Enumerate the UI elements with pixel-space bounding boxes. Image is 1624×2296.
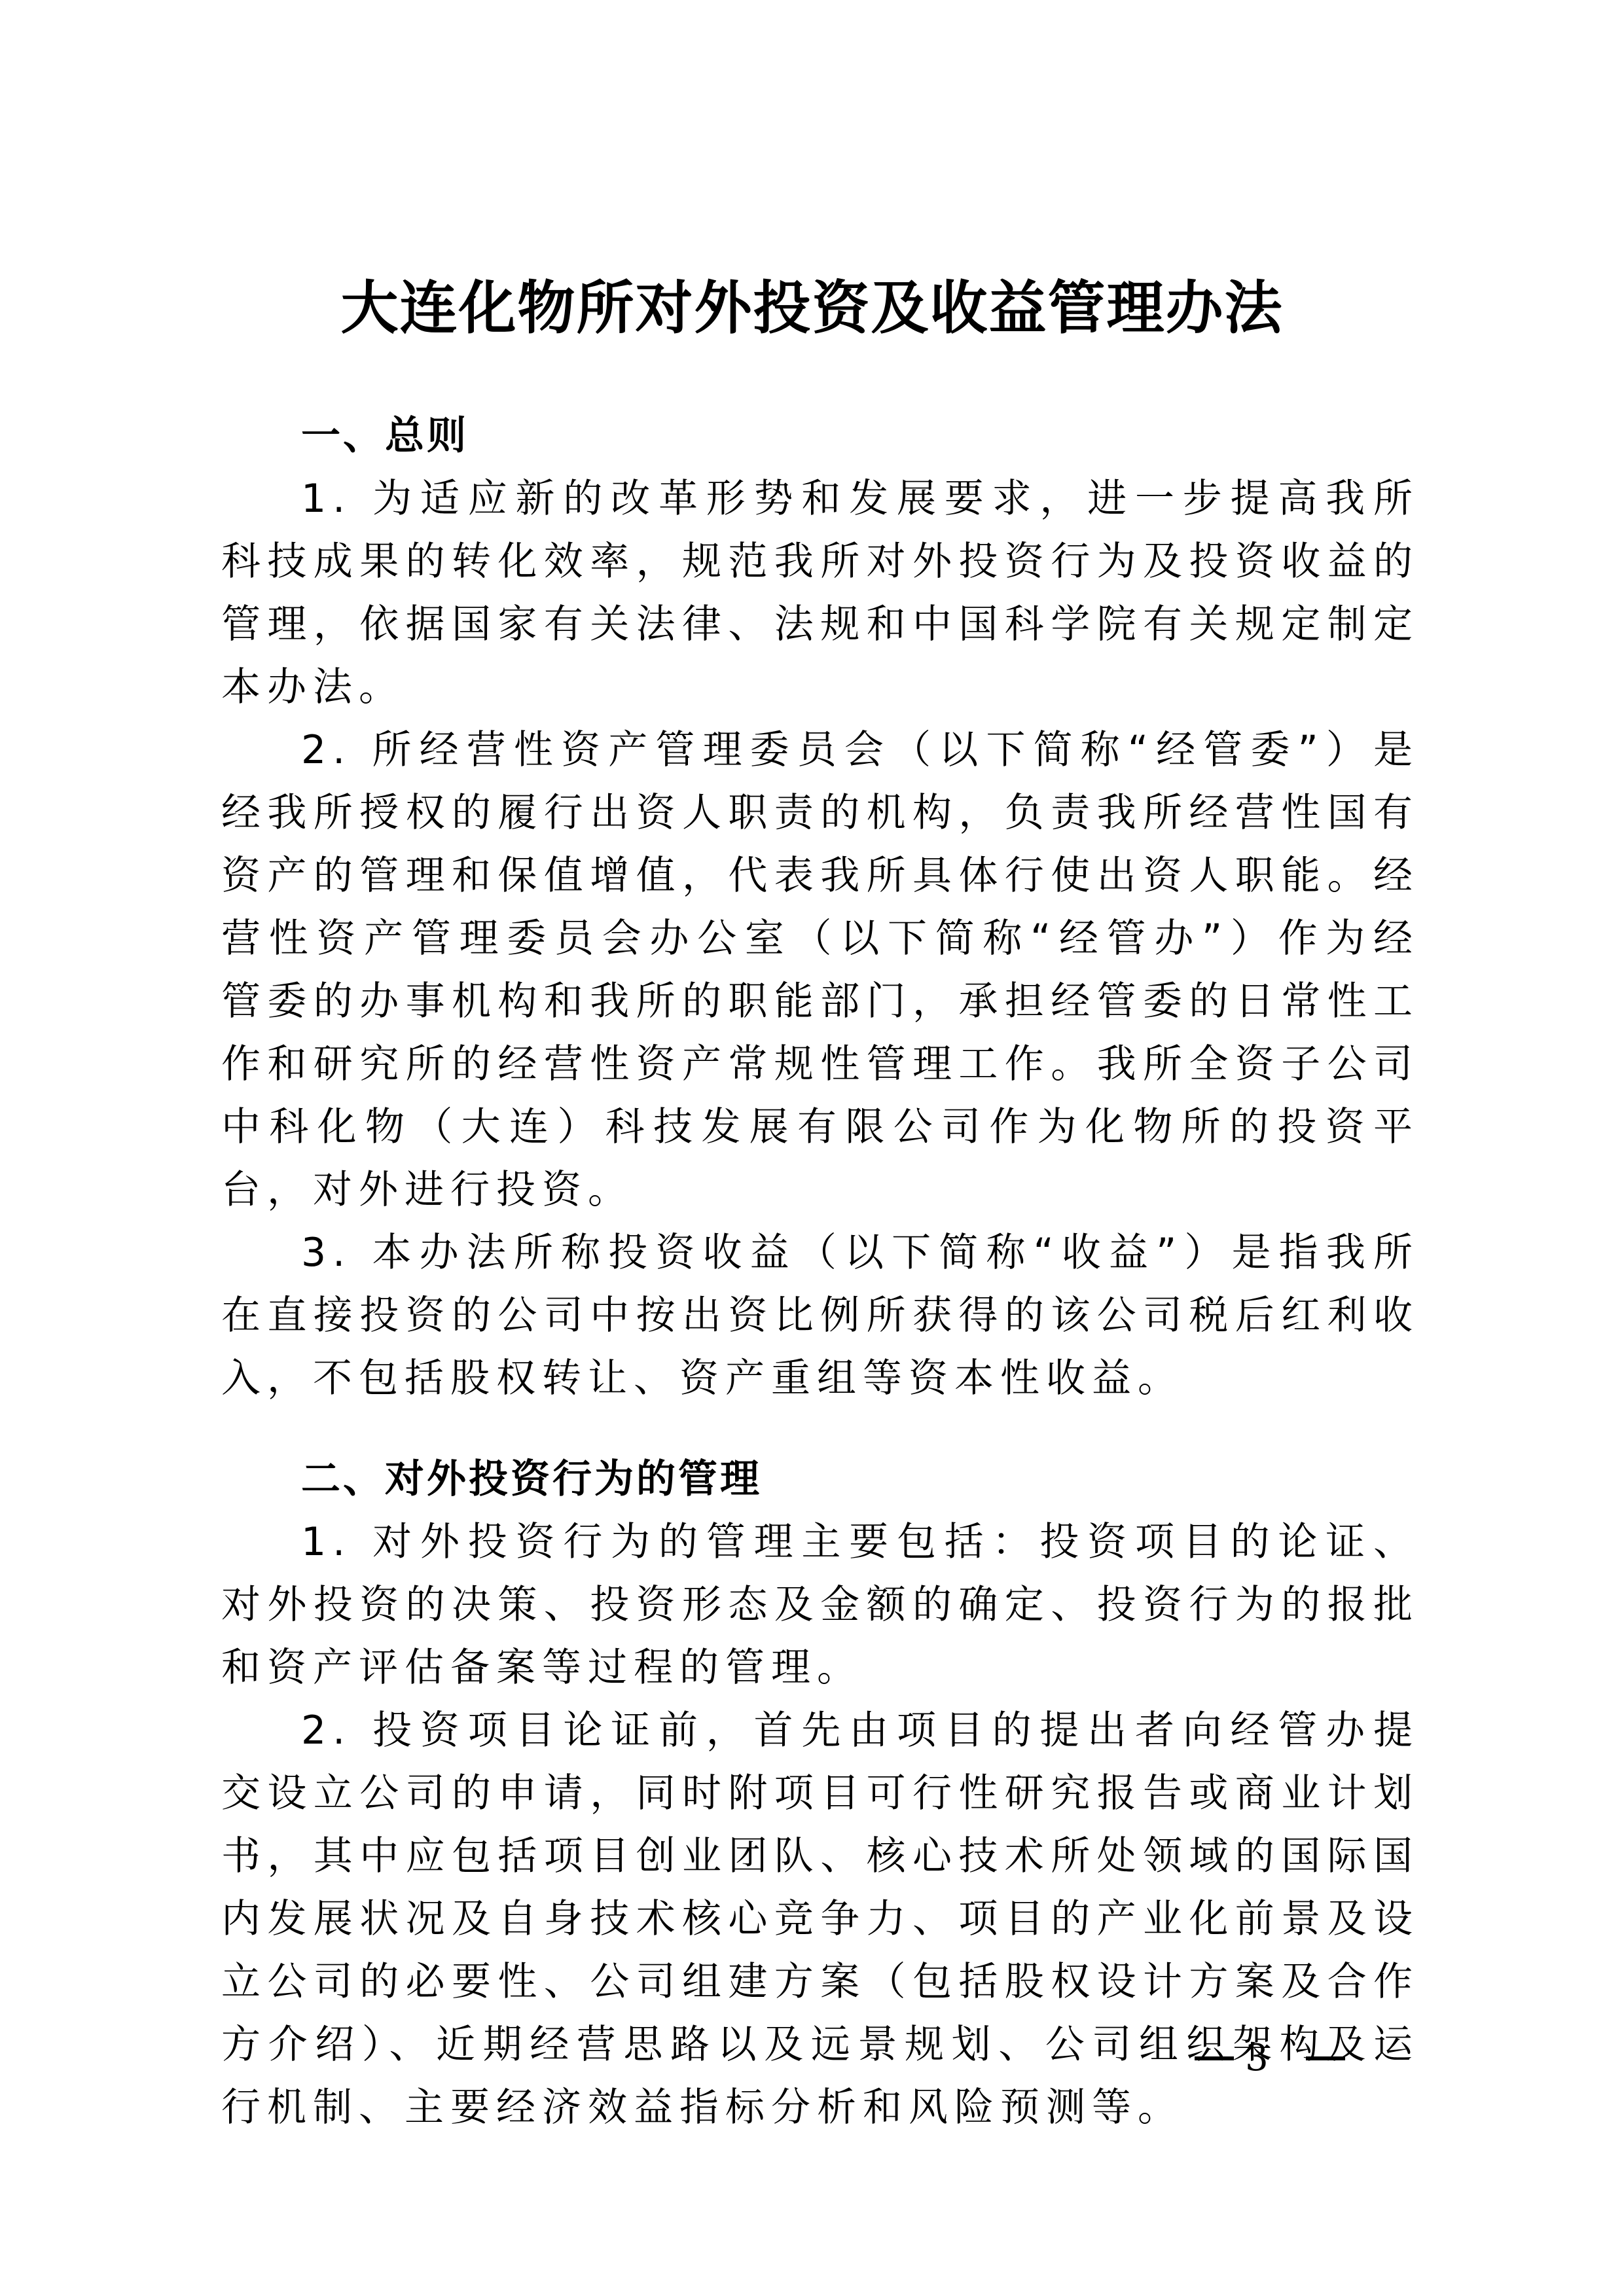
page-number: 3 (1195, 2036, 1345, 2081)
paragraph: 1. 为适应新的改革形势和发展要求，进一步提高我所科技成果的转化效率，规范我所对… (221, 467, 1419, 719)
section-general-provisions: 一、总则 1. 为适应新的改革形势和发展要求，进一步提高我所科技成果的转化效率，… (221, 404, 1419, 1410)
section-spacer (221, 1410, 1419, 1448)
section-heading: 一、总则 (221, 404, 1419, 467)
section-heading: 二、对外投资行为的管理 (221, 1448, 1419, 1511)
paragraph: 2. 所经营性资产管理委员会（以下简称“经管委”）是经我所授权的履行出资人职责的… (221, 719, 1419, 1221)
document-page: 大连化物所对外投资及收益管理办法 一、总则 1. 为适应新的改革形势和发展要求，… (0, 0, 1624, 2296)
paragraph: 1. 对外投资行为的管理主要包括：投资项目的论证、对外投资的决策、投资形态及金额… (221, 1511, 1419, 1699)
paragraph: 3. 本办法所称投资收益（以下简称“收益”）是指我所在直接投资的公司中按出资比例… (221, 1221, 1419, 1410)
page-number-value: 3 (1234, 2036, 1280, 2081)
dash-right (1306, 2056, 1345, 2060)
dash-left (1195, 2056, 1234, 2060)
document-title: 大连化物所对外投资及收益管理办法 (0, 272, 1624, 344)
document-body: 一、总则 1. 为适应新的改革形势和发展要求，进一步提高我所科技成果的转化效率，… (221, 404, 1419, 2139)
